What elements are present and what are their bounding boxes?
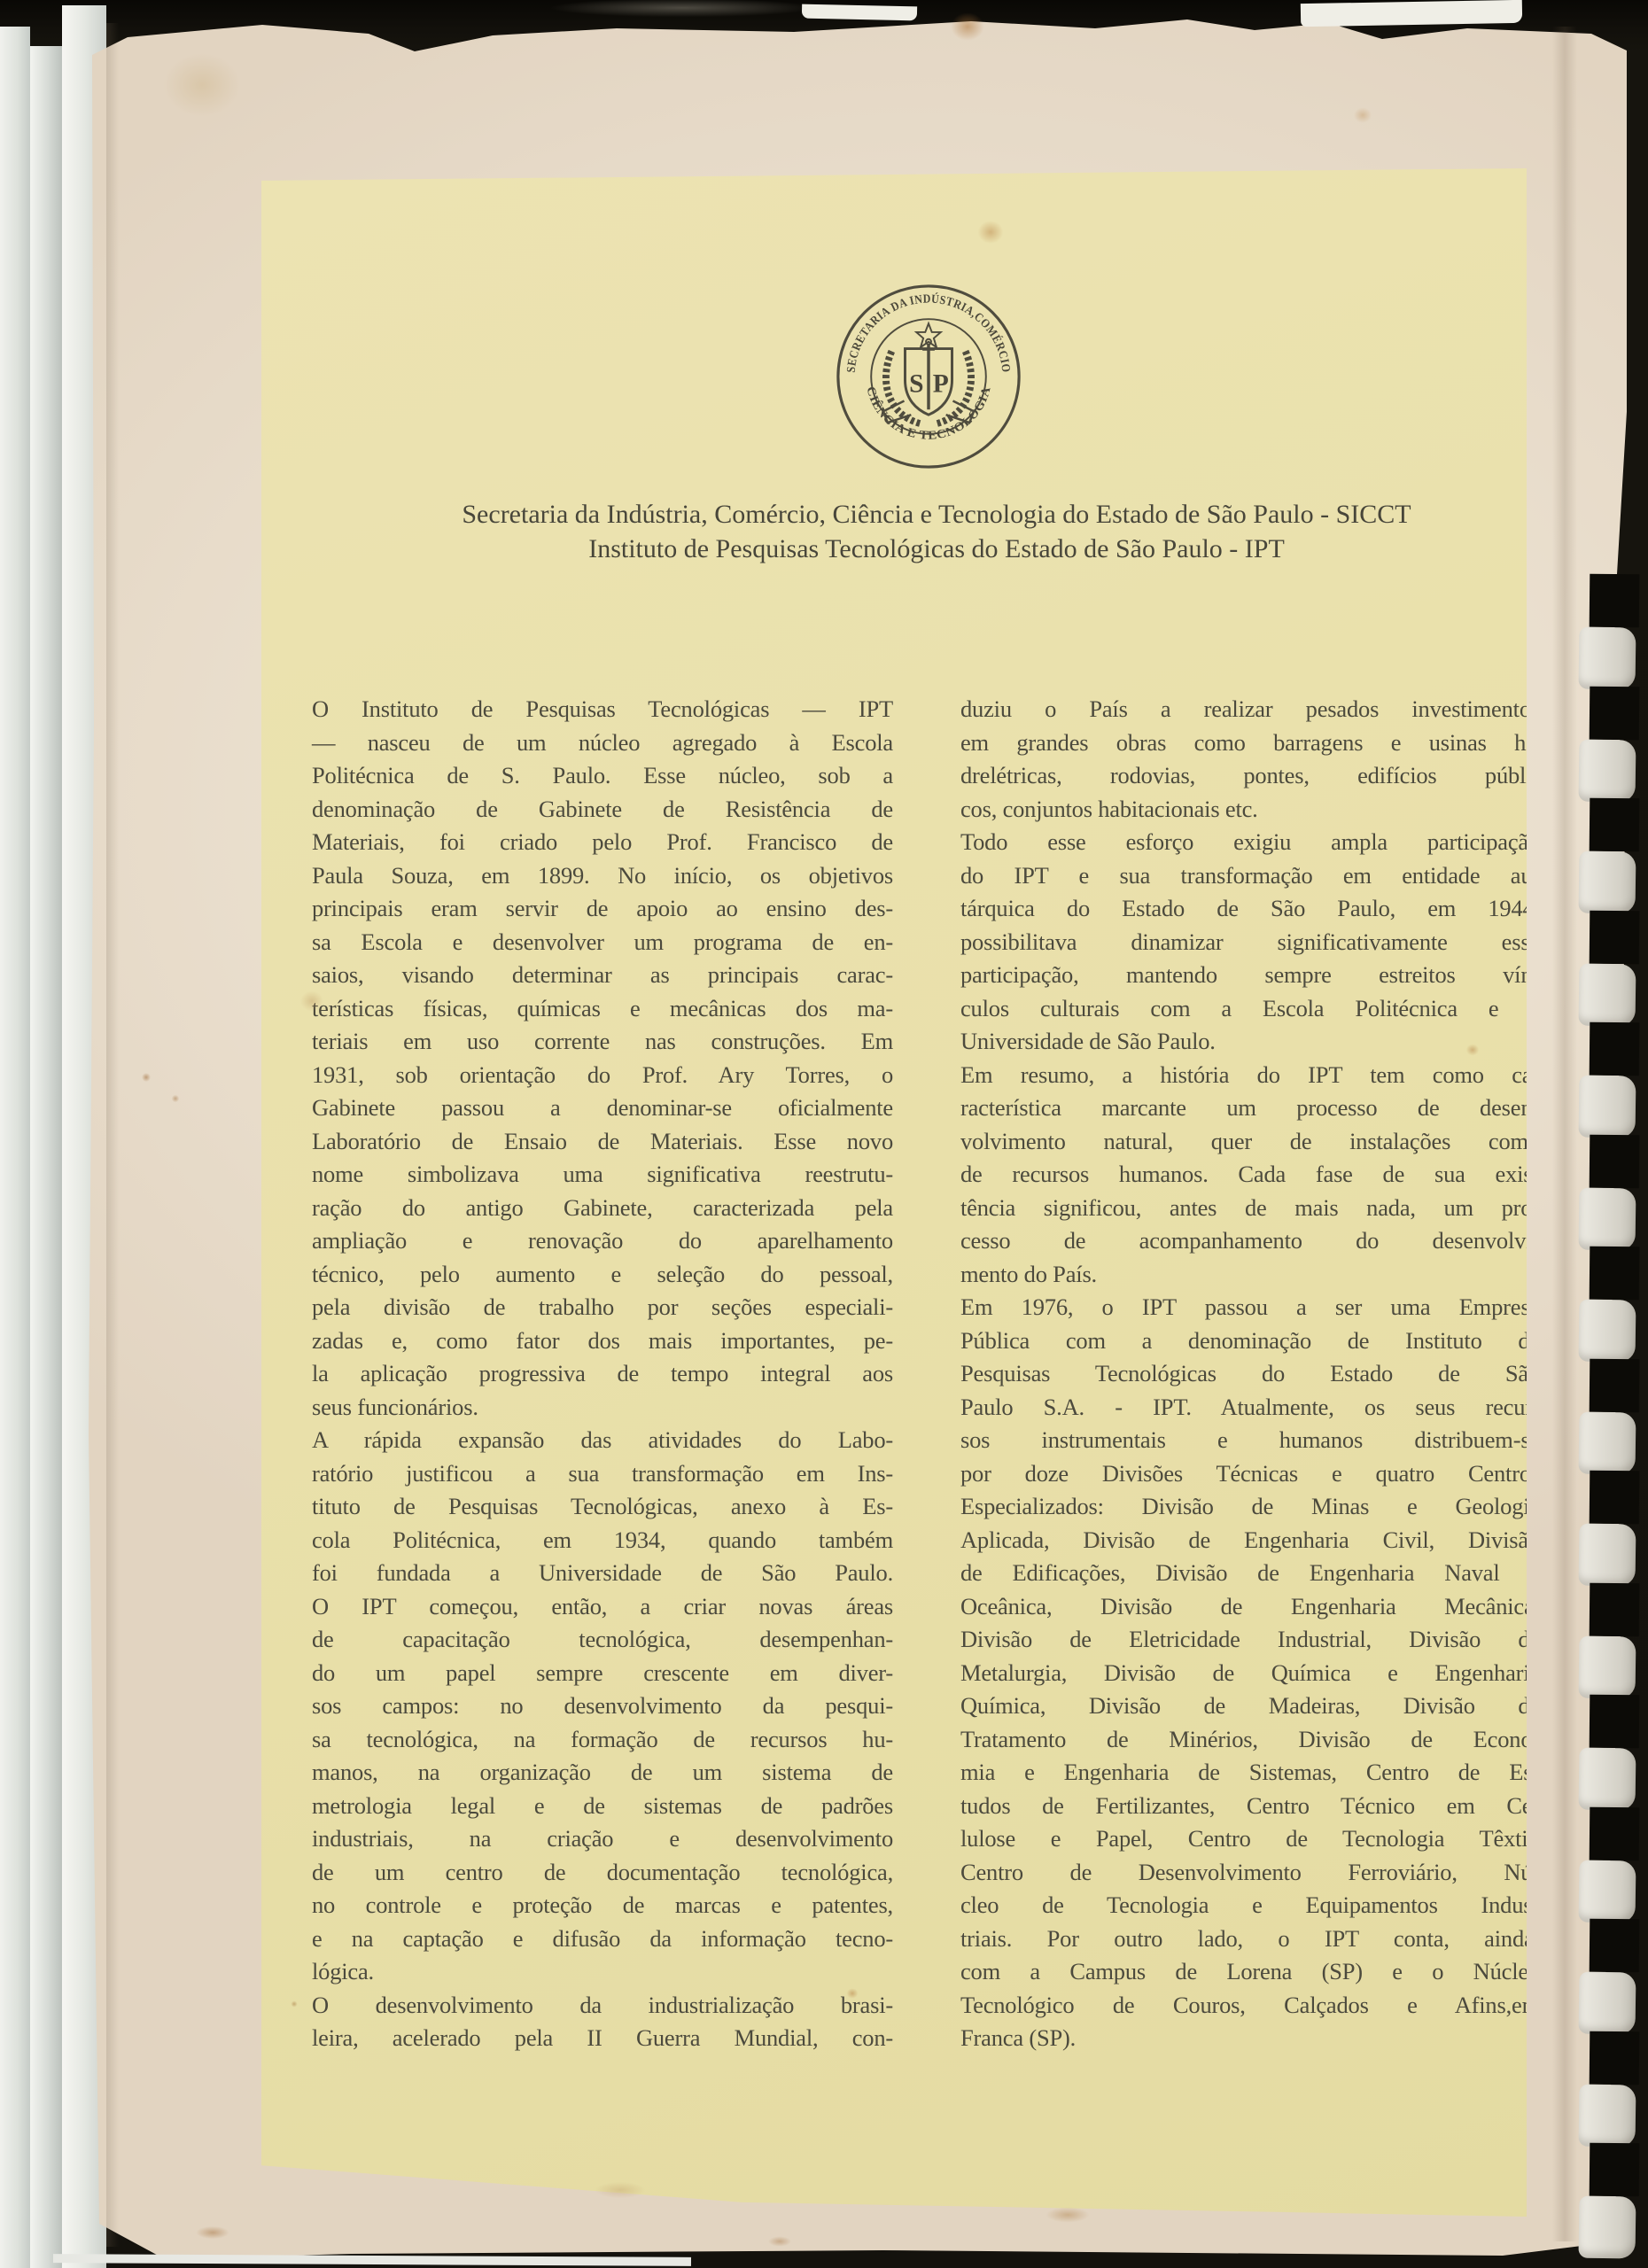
text-line: racterística marcante um processo de des… bbox=[960, 1091, 1540, 1125]
text-line: participação, mantendo sempre estreitos … bbox=[960, 959, 1540, 992]
text-line: ração do antigo Gabinete, caracterizada … bbox=[312, 1192, 893, 1225]
text-line: industriais, na criação e desenvolviment… bbox=[312, 1822, 893, 1856]
text-line: sa Escola e desenvolver um programa de e… bbox=[312, 926, 893, 959]
text-line: sa tecnológica, na formação de recursos … bbox=[312, 1723, 893, 1757]
text-line: Todo esse esforço exigiu ampla participa… bbox=[960, 826, 1540, 859]
header-line-2: Instituto de Pesquisas Tecnológicas do E… bbox=[346, 532, 1527, 566]
text-line: lulose e Papel, Centro de Tecnologia Têx… bbox=[960, 1822, 1540, 1856]
text-line: nome simbolizava uma significativa reest… bbox=[312, 1158, 893, 1192]
text-line: possibilitava dinamizar significativamen… bbox=[960, 926, 1540, 959]
text-line: lógica. bbox=[312, 1955, 893, 1989]
text-column-left: O Instituto de Pesquisas Tecnológicas — … bbox=[312, 693, 893, 2055]
stacked-sheet bbox=[0, 27, 30, 2268]
text-line: denominação de Gabinete de Resistência d… bbox=[312, 793, 893, 827]
text-line: Metalurgia, Divisão de Química e Engenha… bbox=[960, 1657, 1540, 1690]
paragraph: Todo esse esforço exigiu ampla participa… bbox=[960, 826, 1540, 1059]
text-line: culos culturais com a Escola Politécnica… bbox=[960, 992, 1540, 1026]
text-line: tudos de Fertilizantes, Centro Técnico e… bbox=[960, 1790, 1540, 1823]
text-line: triais. Por outro lado, o IPT conta, ain… bbox=[960, 1922, 1540, 1956]
text-line: terísticas físicas, químicas e mecânicas… bbox=[312, 992, 893, 1026]
text-line: Tratamento de Minérios, Divisão de Econo… bbox=[960, 1723, 1540, 1757]
text-line: sos instrumentais e humanos distribuem-s… bbox=[960, 1424, 1540, 1457]
text-line: foi fundada a Universidade de São Paulo. bbox=[312, 1557, 893, 1590]
text-line: duziu o País a realizar pesados investim… bbox=[960, 693, 1540, 726]
text-line: ratório justificou a sua transformação e… bbox=[312, 1457, 893, 1491]
text-line: no controle e proteção de marcas e paten… bbox=[312, 1889, 893, 1922]
seal-monogram-p: P bbox=[933, 370, 949, 399]
bulletin-sheet: SECRETARIA DA INDÚSTRIA,COMÉRCIO CIÊNCIA… bbox=[261, 168, 1527, 2217]
text-line: Laboratório de Ensaio de Materiais. Esse… bbox=[312, 1125, 893, 1159]
text-line: Paula Souza, em 1899. No início, os obje… bbox=[312, 859, 893, 893]
text-line: sos campos: no desenvolvimento da pesqui… bbox=[312, 1689, 893, 1723]
paper-stack bbox=[0, 0, 106, 2268]
text-line: 1931, sob orientação do Prof. Ary Torres… bbox=[312, 1059, 893, 1092]
text-line: de um centro de documentação tecnológica… bbox=[312, 1856, 893, 1890]
text-line: cola Politécnica, em 1934, quando também bbox=[312, 1524, 893, 1557]
text-line: Aplicada, Divisão de Engenharia Civil, D… bbox=[960, 1524, 1540, 1557]
text-line: do um papel sempre crescente em diver- bbox=[312, 1657, 893, 1690]
text-line: e na captação e difusão da informação te… bbox=[312, 1922, 893, 1956]
text-line: Politécnica de S. Paulo. Esse núcleo, so… bbox=[312, 759, 893, 793]
text-line: drelétricas, rodovias, pontes, edifícios… bbox=[960, 759, 1540, 793]
text-line: O IPT começou, então, a criar novas área… bbox=[312, 1590, 893, 1624]
text-line: zadas e, como fator dos mais importantes… bbox=[312, 1324, 893, 1358]
text-line: tárquica do Estado de São Paulo, em 1944… bbox=[960, 892, 1540, 926]
text-line: O desenvolvimento da industrialização br… bbox=[312, 1989, 893, 2023]
text-line: saios, visando determinar as principais … bbox=[312, 959, 893, 992]
text-line: mia e Engenharia de Sistemas, Centro de … bbox=[960, 1756, 1540, 1790]
paragraph: Em resumo, a história do IPT tem como ca… bbox=[960, 1059, 1540, 1292]
text-line: Pesquisas Tecnológicas do Estado de São bbox=[960, 1357, 1540, 1391]
text-line: Universidade de São Paulo. bbox=[960, 1025, 1540, 1059]
text-line: com a Campus de Lorena (SP) e o Núcleo bbox=[960, 1955, 1540, 1989]
text-line: Especializados: Divisão de Minas e Geolo… bbox=[960, 1490, 1540, 1524]
text-line: tência significou, antes de mais nada, u… bbox=[960, 1192, 1540, 1225]
torn-paper-edge bbox=[802, 4, 917, 21]
paragraph: duziu o País a realizar pesados investim… bbox=[960, 693, 1540, 826]
text-line: Em 1976, o IPT passou a ser uma Empresa bbox=[960, 1291, 1540, 1324]
text-line: Paulo S.A. - IPT. Atualmente, os seus re… bbox=[960, 1391, 1540, 1425]
torn-paper-edge bbox=[1301, 0, 1522, 27]
text-line: leira, acelerado pela II Guerra Mundial,… bbox=[312, 2022, 893, 2055]
text-line: do IPT e sua transformação em entidade a… bbox=[960, 859, 1540, 893]
paragraph: O Instituto de Pesquisas Tecnológicas — … bbox=[312, 693, 893, 1424]
text-line: manos, na organização de um sistema de bbox=[312, 1756, 893, 1790]
seal-monogram-s: S bbox=[909, 370, 923, 399]
text-line: Centro de Desenvolvimento Ferroviário, N… bbox=[960, 1856, 1540, 1890]
text-line: de capacitação tecnológica, desempenhan- bbox=[312, 1623, 893, 1657]
text-line: Tecnológico de Couros, Calçados e Afins,… bbox=[960, 1989, 1540, 2023]
text-column-right: duziu o País a realizar pesados investim… bbox=[960, 693, 1540, 2055]
text-line: Franca (SP). bbox=[960, 2022, 1540, 2055]
sheet-edge bbox=[53, 2254, 691, 2266]
text-line: Química, Divisão de Madeiras, Divisão de bbox=[960, 1689, 1540, 1723]
paragraph: Em 1976, o IPT passou a ser uma EmpresaP… bbox=[960, 1291, 1540, 2055]
text-line: de recursos humanos. Cada fase de sua ex… bbox=[960, 1158, 1540, 1192]
text-line: cesso de acompanhamento do desenvolvi- bbox=[960, 1224, 1540, 1258]
text-line: cleo de Tecnologia e Equipamentos Indus- bbox=[960, 1889, 1540, 1922]
paragraph: O desenvolvimento da industrialização br… bbox=[312, 1989, 893, 2055]
stacked-sheet bbox=[30, 46, 62, 2268]
text-line: de Edificações, Divisão de Engenharia Na… bbox=[960, 1557, 1540, 1590]
text-line: ampliação e renovação do aparelhamento bbox=[312, 1224, 893, 1258]
text-line: mento do País. bbox=[960, 1258, 1540, 1292]
text-line: metrologia legal e de sistemas de padrõe… bbox=[312, 1790, 893, 1823]
text-line: Gabinete passou a denominar-se oficialme… bbox=[312, 1091, 893, 1125]
sicct-seal-icon: SECRETARIA DA INDÚSTRIA,COMÉRCIO CIÊNCIA… bbox=[833, 281, 1024, 472]
text-line: teriais em uso corrente nas construções.… bbox=[312, 1025, 893, 1059]
text-line: técnico, pelo aumento e seleção do pesso… bbox=[312, 1258, 893, 1292]
text-line: pela divisão de trabalho por seções espe… bbox=[312, 1291, 893, 1324]
text-line: por doze Divisões Técnicas e quatro Cent… bbox=[960, 1457, 1540, 1491]
text-line: Materiais, foi criado pelo Prof. Francis… bbox=[312, 826, 893, 859]
text-line: O Instituto de Pesquisas Tecnológicas — … bbox=[312, 693, 893, 726]
text-line: Oceânica, Divisão de Engenharia Mecânica… bbox=[960, 1590, 1540, 1624]
text-line: A rápida expansão das atividades do Labo… bbox=[312, 1424, 893, 1457]
paragraph: A rápida expansão das atividades do Labo… bbox=[312, 1424, 893, 1989]
text-line: tituto de Pesquisas Tecnológicas, anexo … bbox=[312, 1490, 893, 1524]
text-line: principais eram servir de apoio ao ensin… bbox=[312, 892, 893, 926]
header-line-1: Secretaria da Indústria, Comércio, Ciênc… bbox=[346, 498, 1527, 532]
text-line: em grandes obras como barragens e usinas… bbox=[960, 726, 1540, 760]
text-line: seus funcionários. bbox=[312, 1391, 893, 1425]
text-line: volvimento natural, quer de instalações … bbox=[960, 1125, 1540, 1159]
text-line: — nasceu de um núcleo agregado à Escola bbox=[312, 726, 893, 760]
text-line: la aplicação progressiva de tempo integr… bbox=[312, 1357, 893, 1391]
text-line: cos, conjuntos habitacionais etc. bbox=[960, 793, 1540, 827]
text-line: Em resumo, a história do IPT tem como ca… bbox=[960, 1059, 1540, 1092]
text-line: Divisão de Eletricidade Industrial, Divi… bbox=[960, 1623, 1540, 1657]
text-line: Pública com a denominação de Instituto d… bbox=[960, 1324, 1540, 1358]
scanned-page-photo: SECRETARIA DA INDÚSTRIA,COMÉRCIO CIÊNCIA… bbox=[0, 0, 1648, 2268]
